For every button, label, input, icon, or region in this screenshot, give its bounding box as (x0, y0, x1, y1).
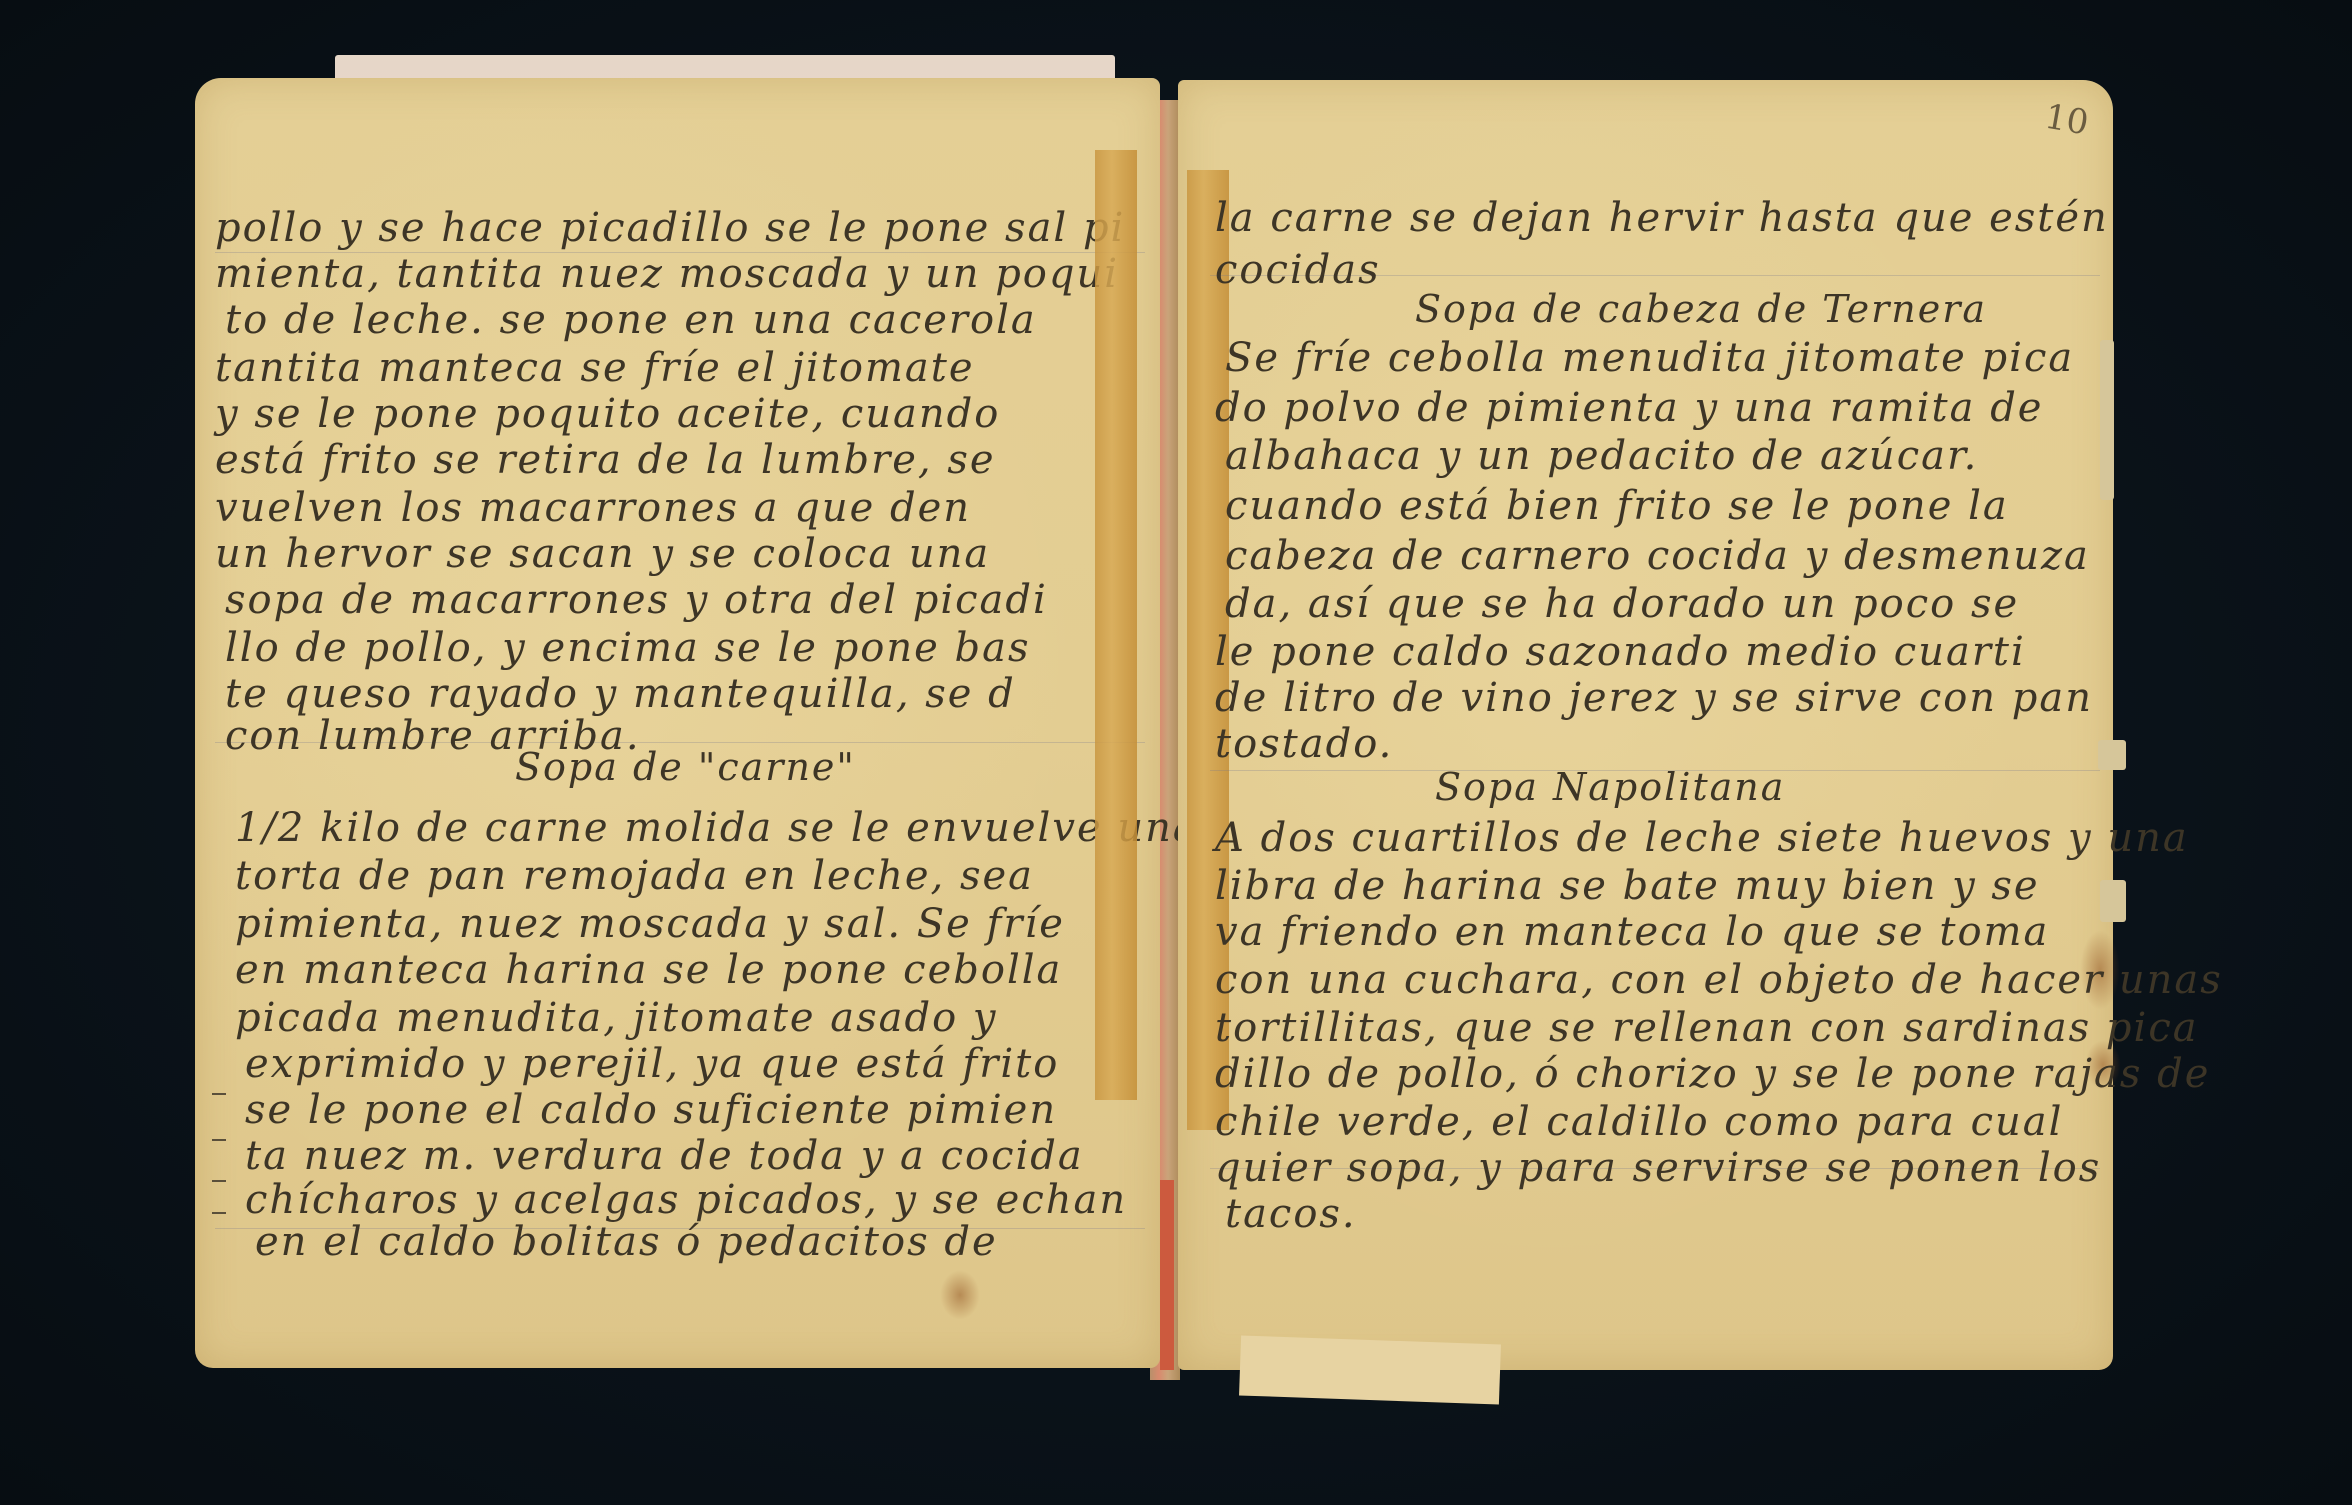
text-line: to de leche. se pone en una cacerola (225, 297, 1037, 343)
text-line: exprimido y perejil, ya que está frito (245, 1041, 1059, 1087)
text-line: albahaca y un pedacito de azúcar. (1225, 433, 1978, 479)
text-line: se le pone el caldo suficiente pimien (245, 1087, 1057, 1133)
text-line: tantita manteca se fríe el jitomate (215, 345, 975, 391)
text-line: pollo y se hace picadillo se le pone sal… (215, 205, 1125, 251)
text-line: tacos. (1225, 1191, 1357, 1237)
text-line: picada menudita, jitomate asado y (235, 995, 998, 1041)
text-line: tortillitas, que se rellenan con sardina… (1215, 1005, 2199, 1051)
text-line: dillo de pollo, ó chorizo y se le pone r… (1215, 1051, 2210, 1097)
text-line: vuelven los macarrones a que den (215, 485, 971, 531)
text-line: 1/2 kilo de carne molida se le envuelve … (235, 805, 1199, 851)
text-line: le pone caldo sazonado medio cuarti (1215, 629, 2026, 675)
text-line: cabeza de carnero cocida y desmenuza (1225, 533, 2090, 579)
recipe-heading: Sopa de cabeza de Ternera (1415, 287, 1987, 331)
text-line: cocidas (1215, 247, 1381, 293)
text-line: y se le pone poquito aceite, cuando (215, 391, 1000, 437)
page-edge-tab (2098, 740, 2126, 770)
text-line: con una cuchara, con el objeto de hacer … (1215, 957, 2223, 1003)
page-number: 10 (2042, 97, 2092, 144)
margin-mark (212, 1139, 226, 1141)
text-line: mienta, tantita nuez moscada y un poqui (215, 251, 1119, 297)
text-line: chile verde, el caldillo como para cual (1215, 1099, 2063, 1145)
text-line: Se fríe cebolla menudita jitomate pica (1225, 335, 2074, 381)
text-line: cuando está bien frito se le pone la (1225, 483, 2009, 529)
text-line: un hervor se sacan y se coloca una (215, 531, 990, 577)
text-line: libra de harina se bate muy bien y se (1215, 863, 2040, 909)
open-notebook: pollo y se hace picadillo se le pone sal… (0, 0, 2352, 1505)
text-line: tostado. (1215, 721, 1393, 767)
torn-page-flap (1239, 1335, 1501, 1404)
page-edge-tab (2100, 340, 2114, 500)
page-edge-tab (2100, 880, 2126, 922)
recipe-heading: Sopa de "carne" (515, 745, 856, 789)
text-line: va friendo en manteca lo que se toma (1215, 909, 2049, 955)
text-line: A dos cuartillos de leche siete huevos y… (1215, 815, 2189, 861)
text-line: quier sopa, y para servirse se ponen los (1215, 1145, 2101, 1191)
margin-mark (212, 1093, 226, 1095)
text-line: está frito se retira de la lumbre, se (215, 437, 996, 483)
text-line: ta nuez m. verdura de toda y a cocida (245, 1133, 1084, 1179)
text-line: pimienta, nuez moscada y sal. Se fríe (235, 901, 1065, 947)
text-line: da, así que se ha dorado un poco se (1225, 581, 2019, 627)
text-line: chícharos y acelgas picados, y se echan (245, 1177, 1127, 1223)
text-line: en manteca harina se le pone cebolla (235, 947, 1062, 993)
repair-tape-left (1095, 150, 1137, 1100)
text-line: de litro de vino jerez y se sirve con pa… (1215, 675, 2093, 721)
spine-red-binding (1160, 1180, 1174, 1370)
text-line: do polvo de pimienta y una ramita de (1215, 385, 2043, 431)
text-line: en el caldo bolitas ó pedacitos de (255, 1219, 998, 1265)
text-line: la carne se dejan hervir hasta que estén (1215, 195, 2109, 241)
margin-mark (212, 1180, 226, 1182)
text-line: sopa de macarrones y otra del picadi (225, 577, 1048, 623)
text-line: torta de pan remojada en leche, sea (235, 853, 1034, 899)
text-line: te queso rayado y mantequilla, se d (225, 671, 1016, 717)
ink-stain (940, 1270, 980, 1320)
text-line: llo de pollo, y encima se le pone bas (225, 625, 1031, 671)
margin-mark (212, 1212, 226, 1214)
recipe-heading: Sopa Napolitana (1435, 765, 1785, 809)
